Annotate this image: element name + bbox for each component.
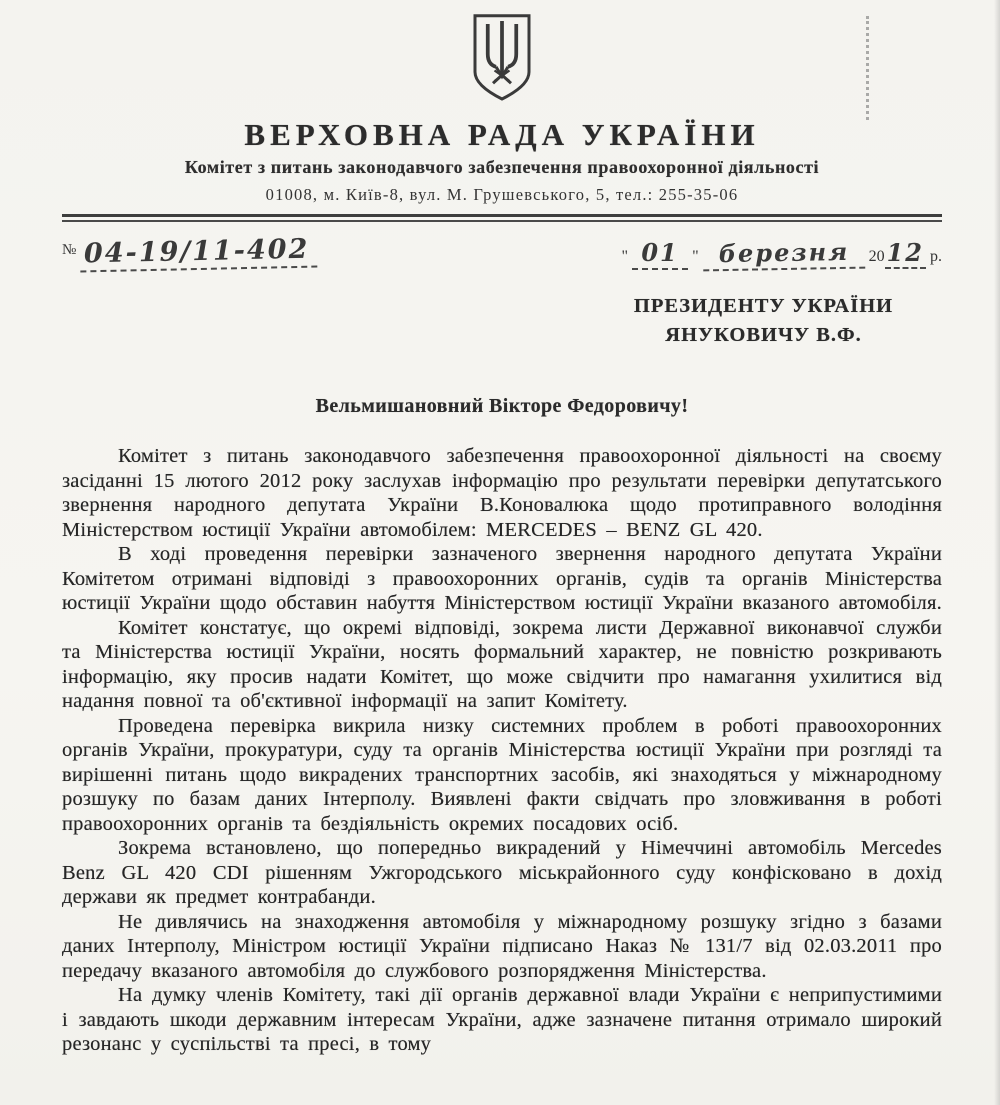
- address-line: 01008, м. Київ-8, вул. М. Грушевського, …: [62, 185, 942, 205]
- scan-edge-shadow: [994, 0, 1000, 1105]
- letterhead: ВЕРХОВНА РАДА УКРАЇНИ Комітет з питань з…: [62, 12, 942, 222]
- organization-title: ВЕРХОВНА РАДА УКРАЇНИ: [62, 117, 942, 153]
- paragraph: Комітет констатує, що окремі відповіді, …: [62, 616, 942, 714]
- recipient-block: ПРЕЗИДЕНТУ УКРАЇНИ ЯНУКОВИЧУ В.Ф.: [591, 292, 936, 349]
- date-day: 01: [632, 238, 688, 270]
- paragraph: Не дивлячись на знаходження автомобіля у…: [62, 910, 942, 984]
- letter-body: Комітет з питань законодавчого забезпече…: [62, 444, 942, 1057]
- scanned-letter-page: ВЕРХОВНА РАДА УКРАЇНИ Комітет з питань з…: [0, 0, 1000, 1105]
- date-year-printed: 20: [869, 248, 885, 265]
- ukraine-trident-emblem: [62, 12, 942, 107]
- date-open-quote: ": [622, 248, 629, 265]
- committee-name: Комітет з питань законодавчого забезпече…: [62, 157, 942, 178]
- paragraph: Зокрема встановлено, що попередньо викра…: [62, 836, 942, 910]
- salutation: Вельмишановний Вікторе Федоровичу!: [62, 395, 942, 418]
- scan-artifact: [866, 16, 869, 120]
- recipient-name: ЯНУКОВИЧУ В.Ф.: [591, 321, 936, 350]
- date-close-quote: ": [692, 248, 699, 265]
- date-year-suffix: р.: [930, 248, 942, 265]
- date-year-hand: 12: [885, 238, 926, 269]
- trident-icon: [464, 12, 540, 102]
- paragraph: Проведена перевірка викрила низку систем…: [62, 714, 942, 837]
- reference-number-value: 04-19/11-402: [80, 234, 318, 273]
- date-line: " 01 " березня 2012 р.: [622, 238, 942, 270]
- reference-number: № 04-19/11-402: [62, 236, 318, 270]
- paragraph: В ході проведення перевірки зазначеного …: [62, 542, 942, 616]
- recipient-title: ПРЕЗИДЕНТУ УКРАЇНИ: [591, 292, 936, 321]
- paragraph: На думку членів Комітету, такі дії орган…: [62, 983, 942, 1057]
- reference-row: № 04-19/11-402 " 01 " березня 2012 р.: [62, 236, 942, 270]
- letterhead-divider: [62, 214, 942, 222]
- date-month: березня: [702, 237, 865, 272]
- paragraph: Комітет з питань законодавчого забезпече…: [62, 444, 942, 542]
- number-sign: №: [62, 242, 76, 258]
